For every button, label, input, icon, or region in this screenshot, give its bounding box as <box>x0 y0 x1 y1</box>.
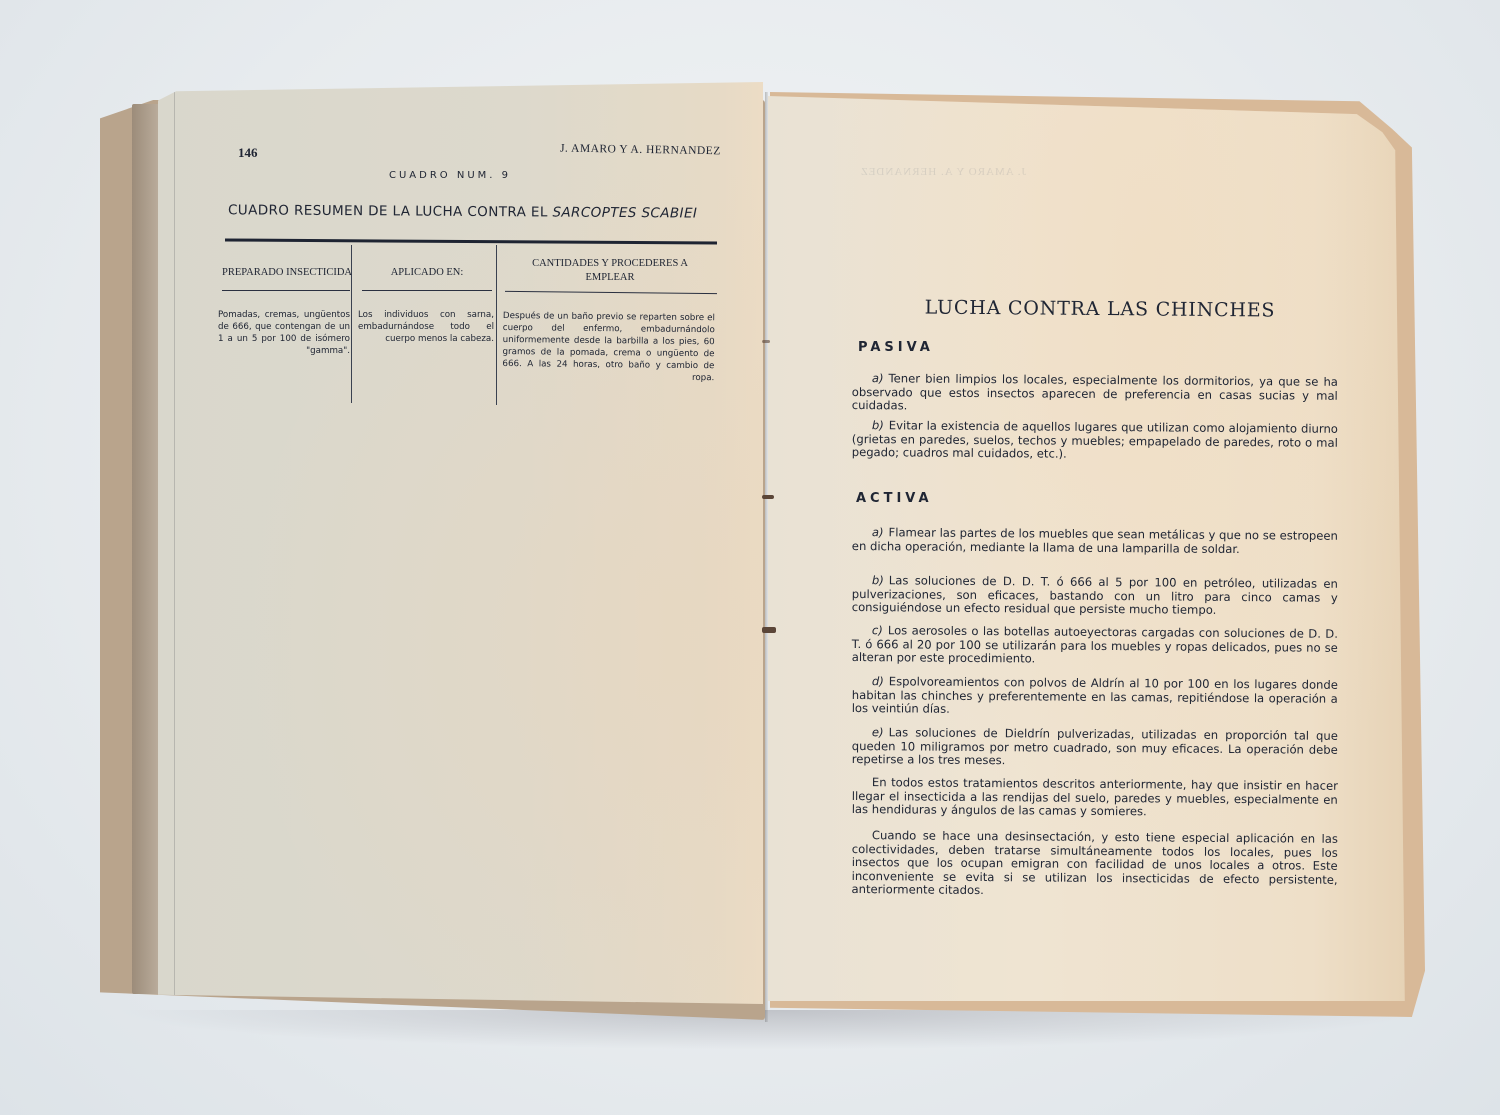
item-marker: e) <box>872 725 884 739</box>
section-heading-pasiva: PASIVA <box>858 340 934 355</box>
chapter-title: LUCHA CONTRA LAS CHINCHES <box>880 296 1320 322</box>
binding-stitch <box>762 627 776 633</box>
item-text: Espolvoreamientos con polvos de Aldrín a… <box>852 674 1338 715</box>
column-header-preparado: PREPARADO INSECTICIDA <box>222 266 352 280</box>
item-marker: d) <box>872 674 884 688</box>
item-marker: a) <box>872 525 884 539</box>
item-text: Evitar la existencia de aquellos lugares… <box>852 418 1338 460</box>
closing-paragraph: En todos estos tratamientos descritos an… <box>852 776 1338 820</box>
table-cell: Pomadas, cremas, ungüentos de 666, que c… <box>218 309 350 357</box>
page-edge-line <box>174 82 175 1004</box>
table-cell: Los individuos con sarna, embadurnándose… <box>358 309 494 345</box>
column-header-cantidades: CANTIDADES Y PROCEDERES A EMPLEAR <box>520 257 700 285</box>
list-item: a)Tener bien limpios los locales, especi… <box>852 372 1338 416</box>
section-heading-activa: ACTIVA <box>856 491 933 506</box>
binding-stitch <box>762 495 774 499</box>
item-marker: a) <box>872 371 884 385</box>
table-title-species: SARCOPTES SCABIEI <box>552 205 697 222</box>
item-marker: b) <box>872 573 884 587</box>
item-text: Los aerosoles o las botellas autoeyector… <box>852 623 1338 665</box>
list-item: c)Los aerosoles o las botellas autoeyect… <box>852 624 1338 668</box>
column-rule <box>362 290 492 291</box>
column-header-aplicado: APLICADO EN: <box>362 266 492 280</box>
closing-paragraph: Cuando se hace una desinsectación, y est… <box>851 829 1338 900</box>
table-cell: Después de un baño previo se reparten so… <box>502 310 715 384</box>
book-gutter <box>765 92 768 1022</box>
column-rule <box>222 290 350 291</box>
list-item: b)Evitar la existencia de aquellos lugar… <box>852 419 1338 463</box>
bleed-through-text: J. AMARO Y A. HERNANDEZ <box>860 166 1026 178</box>
book-shadow <box>110 1010 1430 1050</box>
item-text: Las soluciones de Dieldrín pulverizadas,… <box>852 725 1338 767</box>
table-number: CUADRO NUM. 9 <box>300 170 600 181</box>
item-text: Tener bien limpios los locales, especial… <box>852 371 1338 412</box>
list-item: d)Espolvoreamientos con polvos de Aldrín… <box>852 675 1338 719</box>
item-text: Flamear las partes de los muebles que se… <box>852 525 1338 555</box>
binding-stitch <box>762 340 770 343</box>
column-divider <box>496 245 497 405</box>
item-marker: c) <box>872 623 883 637</box>
list-item: e)Las soluciones de Dieldrín pulverizada… <box>852 726 1338 770</box>
item-marker: b) <box>872 418 884 432</box>
list-item: b)Las soluciones de D. D. T. ó 666 al 5 … <box>852 574 1338 618</box>
item-text: Las soluciones de D. D. T. ó 666 al 5 po… <box>852 573 1338 617</box>
list-item: a)Flamear las partes de los muebles que … <box>852 526 1338 557</box>
page-number: 146 <box>238 145 258 161</box>
table-title-text: CUADRO RESUMEN DE LA LUCHA CONTRA EL <box>228 202 553 220</box>
